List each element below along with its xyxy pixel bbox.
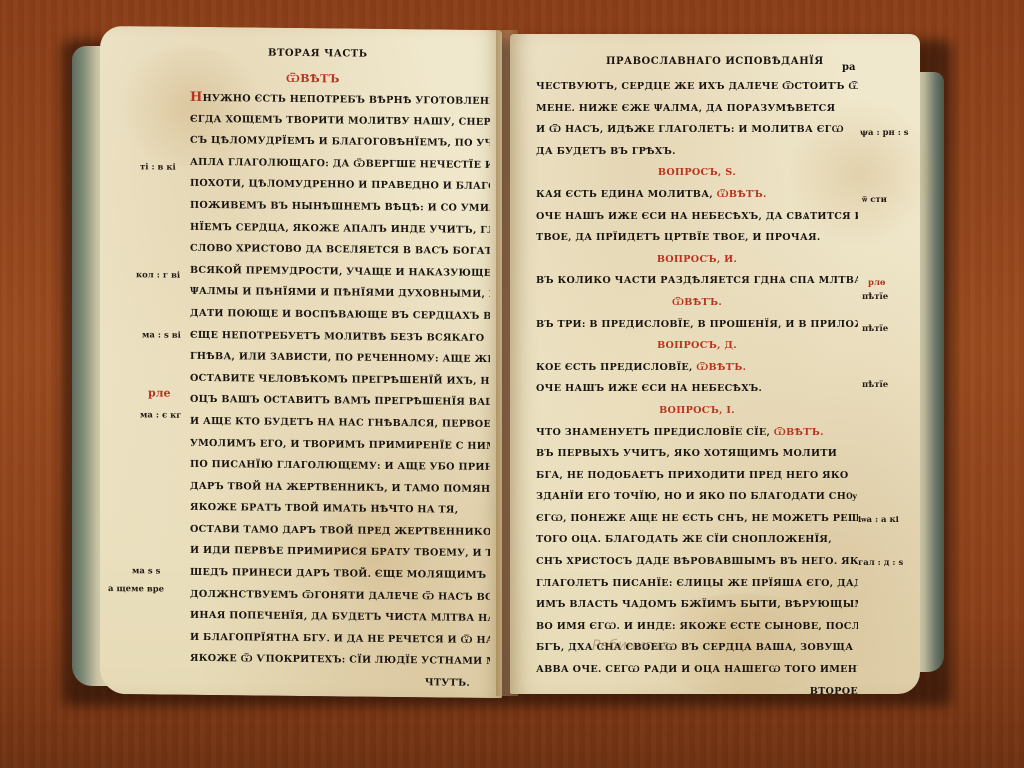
text-line: нїемъ сердца, якоже апалъ инде учитъ, гл… [190,216,490,241]
margin-note: іѡа : а кі [858,514,899,525]
text-line: Въ колико части раздѣляется гднѧ спа млт… [536,270,858,292]
answer-heading: Ѿвѣтъ [286,72,340,86]
answer-label: Ѿвѣтъ. [696,362,746,373]
text-line: Слово христово да вселяется в васъ богат… [190,238,490,263]
margin-note: рлѳ [868,278,885,288]
text-line: Въ первыхъ учитъ, яко хотящимъ молити [536,443,858,465]
text-line: Оче нашъ иже єси на небесѣхъ. [536,378,858,400]
answer-label: Ѿвѣтъ. [717,189,767,200]
question-heading: Вопросъ, и. [536,249,858,271]
margin-note: пѣтїе [862,380,888,390]
text-line: Въ три: в предисловїе, в прошенїя, и в п… [536,314,858,336]
text-line: оставите человѣкомъ прегрѣшенїй ихъ, ниж… [190,368,490,393]
text-line: даръ твой на жертвенникъ, и тамо помянеш… [190,476,490,501]
text-line: бгъ, дха сна своегѡ въ сердца ваша, зову… [536,637,858,659]
text-line: снъ христосъ даде вѣровавшымъ въ него. Я… [536,551,858,573]
question-heading: Вопросъ, д. [536,335,858,357]
text-line: всякой премудрости, учаще и наказующе се… [190,260,490,285]
text-line: съ цѣломудрїемъ и благоговѣнїемъ, по уче… [190,130,490,155]
text-line: ψалмы и пѣнїями и пѣнїями духовными, во … [190,281,490,306]
catchword: Второе [536,681,858,703]
text-line: чтутъ. [190,670,490,695]
text-line: того оца. Благодать же сїи снопложенїя, [536,529,858,551]
margin-note: пѣтїе [862,324,888,334]
text-line: И аще кто будетъ на нас гнѣвался, первое… [190,411,490,436]
text-line: имъ власть чадомъ бжїимъ быти, вѣрующымъ [536,594,858,616]
margin-note: а щеме вре [108,584,164,595]
text-line: умолимъ его, и творимъ примиренїе с нимъ… [190,432,490,457]
margin-note: ті : в кі [140,162,176,172]
margin-note: ѿ сти [862,194,887,205]
text-line: твое, да прїидетъ цртвїе твое, и прочая. [536,227,858,249]
text-line: глаголетъ писанїе: Єлицы же прїяша єго, … [536,573,858,595]
text-line: якоже ѿ ѵпокритехъ: Сїи людїе устнами мя [190,648,490,673]
left-page: Вторая часть Ѿвѣтъ ННужно єсть непотребъ… [100,26,502,698]
text-line: якоже братъ твой имать нѣчто на тя, [190,497,490,522]
text-line: Кая єсть едина молитва, Ѿвѣтъ. [536,184,858,206]
text-line: Оче нашъ иже єси на небесѣхъ, да свѧтитс… [536,206,858,228]
text-line: во имя єгѡ. И инде: Якоже єсте сынове, п… [536,616,858,638]
answer-label: Ѿвѣтъ. [536,292,858,314]
text-line: Кое єсть предисловїе, Ѿвѣтъ. [536,357,858,379]
text-line: Єще непотребуетъ молитвѣ безъ всякаго [190,324,490,349]
text-line: ННужно єсть непотребъ вѣрнѣ уготовленїе … [190,87,490,112]
margin-note: ма : ѕ ві [142,330,181,340]
text-line: и иди первѣе примирися брату твоему, и т… [190,540,490,565]
text-line: поживемъ въ нынѣшнемъ вѣцѣ: и со умиле- [190,195,490,220]
margin-note: рле [148,386,170,399]
running-head: Православнаго исповѣданїя [606,56,824,67]
margin-note: ма : є кг [140,410,181,420]
text-line: должнствуемъ ѿгоняти далече ѿ насъ всяка… [190,583,490,608]
text-line: да будетъ въ грѣхъ. [536,141,858,163]
text-line: похоти, цѣломудренно и праведно и благоч… [190,173,490,198]
margin-note: ма ѕ ѕ [132,566,160,576]
text-line: чествуютъ, сердце же ихъ далече ѿстоитъ … [536,76,858,98]
text-line: и благопрїятна бгу. И да не речется и ѿ … [190,627,490,652]
text-line: апла глаголющаго: да ѿвергше нечестїе и … [190,152,490,177]
running-head: Вторая часть [268,48,368,60]
margin-note: кол : г ві [136,270,180,280]
answer-label: Ѿвѣтъ. [774,427,824,438]
folio-number: ра [842,62,855,73]
text-line: авва оче. Сегѡ ради и оца нашегѡ того им… [536,659,858,681]
text-line: шедъ принеси даръ твой. Єще молящимъ [190,562,490,587]
margin-note: ψа : рн : ѕ [860,128,909,138]
text-line: єгда хощемъ творити молитву нашу, снеръ [190,108,490,133]
text-line: иная попеченїя, да будетъ чиста млтва на… [190,605,490,630]
text-line: Что знаменуетъ предисловїе сїе, Ѿвѣтъ. [536,422,858,444]
text-line: оцъ вашъ оставитъ вамъ прегрѣшенїя ваша. [190,389,490,414]
text-line: мене. Ниже єже ψалма, да поразумѣвется [536,98,858,120]
right-page: Православнаго исповѣданїя ра чествуютъ, … [510,34,920,694]
question-heading: Вопросъ, і. [536,400,858,422]
text-line: єгѡ, понеже аще не єсть снъ, не можетъ р… [536,508,858,530]
text-line: по писанїю глаголющему: И аще убо принес… [190,454,490,479]
text-line: гнѣва, или зависти, по реченному: Аще же… [190,346,490,371]
pencil-inscription: Ребинигча [592,638,669,654]
margin-note: гал : д : ѕ [858,558,903,568]
text-line: и ѿ насъ, идѣже глаголетъ: и молитва єгѡ [536,119,858,141]
text-line: зданїи его точїю, но и яко по благодати … [536,486,858,508]
question-heading: Вопросъ, ѕ. [536,162,858,184]
left-text-block: ННужно єсть непотребъ вѣрнѣ уготовленїе … [190,87,490,695]
text-line: дати поюще и воспѣвающе въ сердцахъ ваши… [190,303,490,328]
margin-note: пѣтїе [862,292,888,302]
right-text-block: чествуютъ, сердце же ихъ далече ѿстоитъ … [536,76,858,702]
text-line: остави тамо даръ твой пред жертвенникомъ… [190,519,490,544]
text-line: бга, не подобаетъ приходити пред него як… [536,465,858,487]
